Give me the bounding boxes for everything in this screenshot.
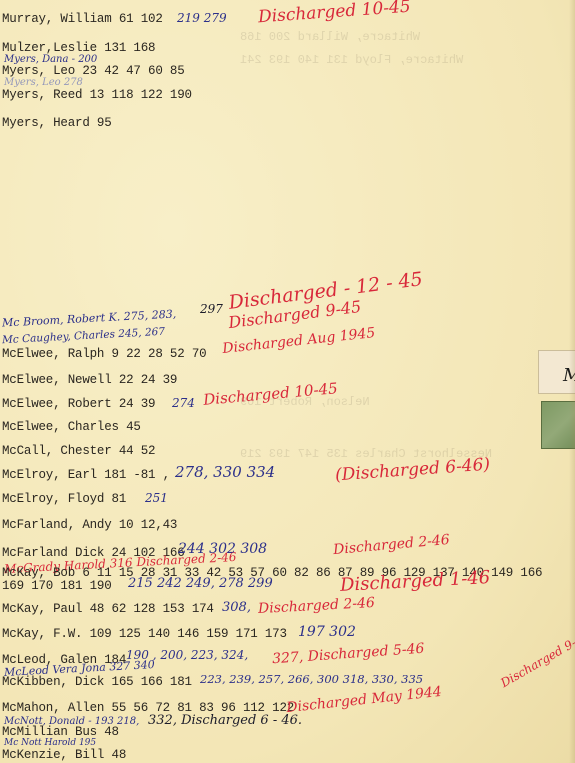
bleed-through-text: Whitacre, Willard 200 168: [240, 30, 420, 44]
handwritten-numbers: 197 302: [298, 624, 356, 640]
entry-mcelwee-robert: McElwee, Robert 24 39: [2, 397, 155, 411]
entry-mcmillian-bus: McMillian Bus 48: [2, 725, 119, 739]
handwritten-numbers: 251: [145, 491, 168, 505]
discharge-note: Discharged May 1944: [286, 684, 443, 716]
handwritten-numbers: 274: [172, 396, 195, 410]
handwritten-numbers: 297: [200, 302, 223, 316]
discharge-note: Discharged 2-46: [258, 595, 376, 617]
page-edge: [569, 0, 575, 763]
handwritten-numbers: 278, 330 334: [175, 463, 275, 481]
entry-murray: Murray, William 61 102: [2, 12, 163, 26]
bleed-through-text: Whitacre, Floyd 131 140 193 241: [240, 53, 463, 67]
discharge-note: 332, Discharged 6 - 46.: [148, 713, 302, 728]
entry-mckenzie-bill: McKenzie, Bill 48: [2, 748, 126, 762]
discharge-note: Discharged 9-46: [498, 628, 575, 690]
entry-mckay-paul: McKay, Paul 48 62 128 153 174: [2, 602, 214, 616]
discharge-note: 327, Discharged 5-46: [272, 641, 425, 668]
document-page: Whitacre, Willard 200 168 Whitacre, Floy…: [0, 0, 575, 763]
entry-mcelwee-ralph: McElwee, Ralph 9 22 28 52 70: [2, 347, 206, 361]
entry-mulzer: Mulzer,Leslie 131 168: [2, 41, 155, 55]
entry-myers-reed: Myers, Reed 13 118 122 190: [2, 88, 192, 102]
entry-mcelwee-newell: McElwee, Newell 22 24 39: [2, 373, 177, 387]
handwritten-entry: Mc Caughey, Charles 245, 267: [2, 326, 165, 347]
entry-mcelroy-earl: McElroy, Earl 181 -81 ,: [2, 468, 170, 482]
entry-mccall-chester: McCall, Chester 44 52: [2, 444, 155, 458]
entry-myers-leo: Myers, Leo 23 42 47 60 85: [2, 64, 185, 78]
entry-mckay-bob-cont: 169 170 181 190: [2, 579, 112, 593]
handwritten-numbers: 308,: [222, 600, 251, 615]
handwritten-numbers: 223, 239, 257, 266, 300 318, 330, 335: [200, 672, 423, 686]
discharge-note: Discharged 2-46: [333, 532, 451, 558]
entry-mcelwee-charles: McElwee, Charles 45: [2, 420, 141, 434]
handwritten-entry: Myers, Leo 278: [4, 77, 83, 88]
discharge-note: Discharged 10-45: [257, 0, 411, 27]
entry-mcelroy-floyd: McElroy, Floyd 81: [2, 492, 126, 506]
handwritten-numbers: 215 242 249, 278 299: [128, 576, 273, 591]
entry-mcfarland-andy: McFarland, Andy 10 12,43: [2, 518, 177, 532]
entry-mckay-fw: McKay, F.W. 109 125 140 146 159 171 173: [2, 627, 287, 641]
entry-myers-heard: Myers, Heard 95: [2, 116, 112, 130]
handwritten-numbers: 219 279: [177, 11, 227, 25]
handwritten-entry: Mc Nott Harold 195: [4, 738, 96, 748]
entry-mckibben-dick: McKibben, Dick 165 166 181: [2, 675, 192, 689]
